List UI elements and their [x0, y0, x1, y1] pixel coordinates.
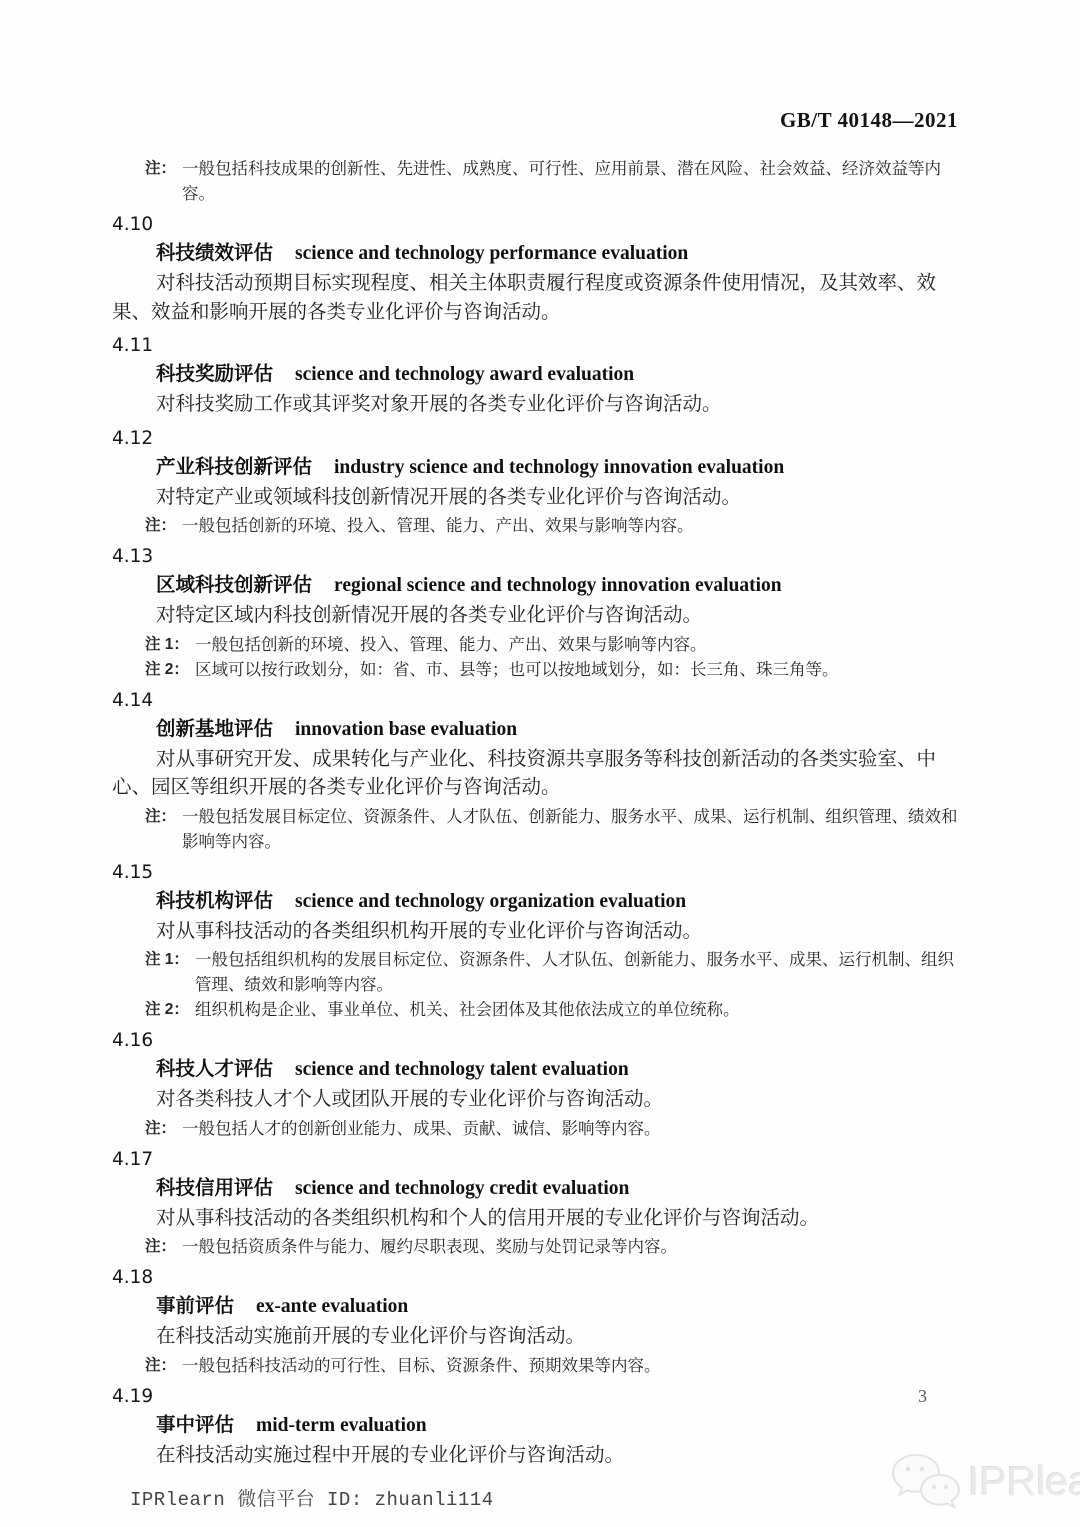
note: 注： 一般包括科技活动的可行性、目标、资源条件、预期效果等内容。	[145, 1353, 970, 1378]
note-text: 一般包括发展目标定位、资源条件、人才队伍、创新能力、服务水平、成果、运行机制、组…	[182, 804, 970, 854]
term-cn: 事中评估	[156, 1414, 234, 1436]
term-en: innovation base evaluation	[295, 719, 517, 740]
term-en: science and technology credit evaluation	[295, 1178, 629, 1199]
term-cn: 事前评估	[156, 1295, 234, 1317]
section-number: 4.15	[112, 860, 970, 886]
term-line: 科技奖励评估science and technology award evalu…	[156, 360, 970, 390]
note: 注： 一般包括发展目标定位、资源条件、人才队伍、创新能力、服务水平、成果、运行机…	[145, 804, 970, 854]
note-text: 组织机构是企业、事业单位、机关、社会团体及其他依法成立的单位统称。	[195, 997, 970, 1022]
notes: 注： 一般包括资质条件与能力、履约尽职表现、奖励与处罚记录等内容。	[112, 1234, 970, 1259]
term-en: ex-ante evaluation	[256, 1296, 408, 1317]
term-line: 区域科技创新评估regional science and technology …	[156, 571, 970, 601]
term-en: regional science and technology innovati…	[334, 575, 782, 596]
definition: 对从事研究开发、成果转化与产业化、科技资源共享服务等科技创新活动的各类实验室、中…	[112, 746, 970, 803]
note: 注 1： 一般包括组织机构的发展目标定位、资源条件、人才队伍、创新能力、服务水平…	[145, 947, 970, 997]
definition: 对特定产业或领域科技创新情况开展的各类专业化评价与咨询活动。	[112, 484, 970, 513]
definition: 在科技活动实施前开展的专业化评价与咨询活动。	[112, 1323, 970, 1352]
note-text: 一般包括科技活动的可行性、目标、资源条件、预期效果等内容。	[182, 1353, 970, 1378]
note: 注： 一般包括资质条件与能力、履约尽职表现、奖励与处罚记录等内容。	[145, 1234, 970, 1259]
note: 注 2： 区域可以按行政划分，如：省、市、县等；也可以按地域划分，如：长三角、珠…	[145, 657, 970, 682]
section: 4.15 科技机构评估science and technology organi…	[112, 860, 970, 1023]
watermark-text: IPRlearn	[968, 1458, 1080, 1505]
document-page: GB/T 40148—2021 注： 一般包括科技成果的创新性、先进性、成熟度、…	[0, 0, 1080, 1527]
section: 4.18 事前评估ex-ante evaluation 在科技活动实施前开展的专…	[112, 1265, 970, 1378]
term-cn: 科技机构评估	[156, 890, 273, 912]
note-text: 一般包括人才的创新创业能力、成果、贡献、诚信、影响等内容。	[182, 1116, 970, 1141]
term-cn: 科技奖励评估	[156, 363, 273, 385]
term-line: 产业科技创新评估industry science and technology …	[156, 453, 970, 483]
section-number: 4.18	[112, 1265, 970, 1291]
standard-code-header: GB/T 40148—2021	[780, 108, 958, 133]
section-number: 4.19	[112, 1384, 970, 1410]
note-label: 注：	[145, 513, 176, 538]
term-line: 科技信用评估science and technology credit eval…	[156, 1174, 970, 1204]
term-line: 科技机构评估science and technology organizatio…	[156, 887, 970, 917]
note-text: 区域可以按行政划分，如：省、市、县等；也可以按地域划分，如：长三角、珠三角等。	[195, 657, 970, 682]
term-line: 创新基地评估innovation base evaluation	[156, 715, 970, 745]
note-label: 注：	[145, 804, 176, 854]
term-cn: 科技人才评估	[156, 1058, 273, 1080]
term-en: science and technology award evaluation	[295, 364, 634, 385]
leading-note: 注： 一般包括科技成果的创新性、先进性、成熟度、可行性、应用前景、潜在风险、社会…	[145, 156, 970, 206]
section-number: 4.17	[112, 1147, 970, 1173]
term-line: 事中评估mid-term evaluation	[156, 1411, 970, 1441]
note: 注： 一般包括人才的创新创业能力、成果、贡献、诚信、影响等内容。	[145, 1116, 970, 1141]
note-text: 一般包括组织机构的发展目标定位、资源条件、人才队伍、创新能力、服务水平、成果、运…	[195, 947, 970, 997]
section: 4.16 科技人才评估science and technology talent…	[112, 1028, 970, 1141]
note-label: 注 2：	[145, 997, 189, 1022]
section: 4.19 事中评估mid-term evaluation 在科技活动实施过程中开…	[112, 1384, 970, 1471]
watermark: IPRlearn	[888, 1447, 1080, 1516]
term-en: science and technology talent evaluation	[295, 1059, 629, 1080]
note-text: 一般包括科技成果的创新性、先进性、成熟度、可行性、应用前景、潜在风险、社会效益、…	[182, 156, 970, 206]
section: 4.12 产业科技创新评估industry science and techno…	[112, 426, 970, 539]
notes: 注： 一般包括人才的创新创业能力、成果、贡献、诚信、影响等内容。	[112, 1116, 970, 1141]
notes: 注： 一般包括发展目标定位、资源条件、人才队伍、创新能力、服务水平、成果、运行机…	[112, 804, 970, 854]
notes: 注： 一般包括科技活动的可行性、目标、资源条件、预期效果等内容。	[112, 1353, 970, 1378]
notes: 注 1： 一般包括创新的环境、投入、管理、能力、产出、效果与影响等内容。 注 2…	[112, 632, 970, 682]
section: 4.10 科技绩效评估science and technology perfor…	[112, 212, 970, 327]
section: 4.14 创新基地评估innovation base evaluation 对从…	[112, 688, 970, 854]
note-label: 注：	[145, 1353, 176, 1378]
definition: 对从事科技活动的各类组织机构开展的专业化评价与咨询活动。	[112, 918, 970, 947]
wechat-bubbles-icon	[888, 1447, 962, 1516]
sections: 4.10 科技绩效评估science and technology perfor…	[112, 212, 970, 1470]
section-number: 4.14	[112, 688, 970, 714]
content-column: 注： 一般包括科技成果的创新性、先进性、成熟度、可行性、应用前景、潜在风险、社会…	[112, 156, 970, 1471]
note-text: 一般包括创新的环境、投入、管理、能力、产出、效果与影响等内容。	[182, 513, 970, 538]
section-number: 4.12	[112, 426, 970, 452]
term-cn: 科技信用评估	[156, 1177, 273, 1199]
definition: 对科技活动预期目标实现程度、相关主体职责履行程度或资源条件使用情况，及其效率、效…	[112, 270, 970, 327]
note-label: 注 1：	[145, 632, 189, 657]
note-label: 注：	[145, 156, 176, 206]
section-number: 4.16	[112, 1028, 970, 1054]
term-en: science and technology performance evalu…	[295, 243, 688, 264]
definition: 在科技活动实施过程中开展的专业化评价与咨询活动。	[112, 1442, 970, 1471]
term-line: 事前评估ex-ante evaluation	[156, 1292, 970, 1322]
note: 注 1： 一般包括创新的环境、投入、管理、能力、产出、效果与影响等内容。	[145, 632, 970, 657]
section-number: 4.10	[112, 212, 970, 238]
section: 4.13 区域科技创新评估regional science and techno…	[112, 544, 970, 682]
term-en: science and technology organization eval…	[295, 891, 686, 912]
note: 注： 一般包括创新的环境、投入、管理、能力、产出、效果与影响等内容。	[145, 513, 970, 538]
term-line: 科技绩效评估science and technology performance…	[156, 239, 970, 269]
term-cn: 创新基地评估	[156, 718, 273, 740]
note-label: 注 2：	[145, 657, 189, 682]
term-cn: 区域科技创新评估	[156, 574, 312, 596]
note-label: 注：	[145, 1116, 176, 1141]
term-en: industry science and technology innovati…	[334, 457, 784, 478]
section: 4.17 科技信用评估science and technology credit…	[112, 1147, 970, 1260]
note-text: 一般包括创新的环境、投入、管理、能力、产出、效果与影响等内容。	[195, 632, 970, 657]
section: 4.11 科技奖励评估science and technology award …	[112, 333, 970, 420]
notes: 注： 一般包括创新的环境、投入、管理、能力、产出、效果与影响等内容。	[112, 513, 970, 538]
term-line: 科技人才评估science and technology talent eval…	[156, 1055, 970, 1085]
note-label: 注：	[145, 1234, 176, 1259]
definition: 对各类科技人才个人或团队开展的专业化评价与咨询活动。	[112, 1086, 970, 1115]
note: 注 2： 组织机构是企业、事业单位、机关、社会团体及其他依法成立的单位统称。	[145, 997, 970, 1022]
term-cn: 科技绩效评估	[156, 242, 273, 264]
section-number: 4.11	[112, 333, 970, 359]
footer-text: IPRlearn 微信平台 ID: zhuanli114	[130, 1484, 494, 1511]
term-en: mid-term evaluation	[256, 1415, 427, 1436]
notes: 注 1： 一般包括组织机构的发展目标定位、资源条件、人才队伍、创新能力、服务水平…	[112, 947, 970, 1022]
definition: 对特定区域内科技创新情况开展的各类专业化评价与咨询活动。	[112, 602, 970, 631]
term-cn: 产业科技创新评估	[156, 456, 312, 478]
page-number: 3	[918, 1386, 927, 1407]
section-number: 4.13	[112, 544, 970, 570]
definition: 对科技奖励工作或其评奖对象开展的各类专业化评价与咨询活动。	[112, 391, 970, 420]
note-label: 注 1：	[145, 947, 189, 997]
definition: 对从事科技活动的各类组织机构和个人的信用开展的专业化评价与咨询活动。	[112, 1205, 970, 1234]
note-text: 一般包括资质条件与能力、履约尽职表现、奖励与处罚记录等内容。	[182, 1234, 970, 1259]
